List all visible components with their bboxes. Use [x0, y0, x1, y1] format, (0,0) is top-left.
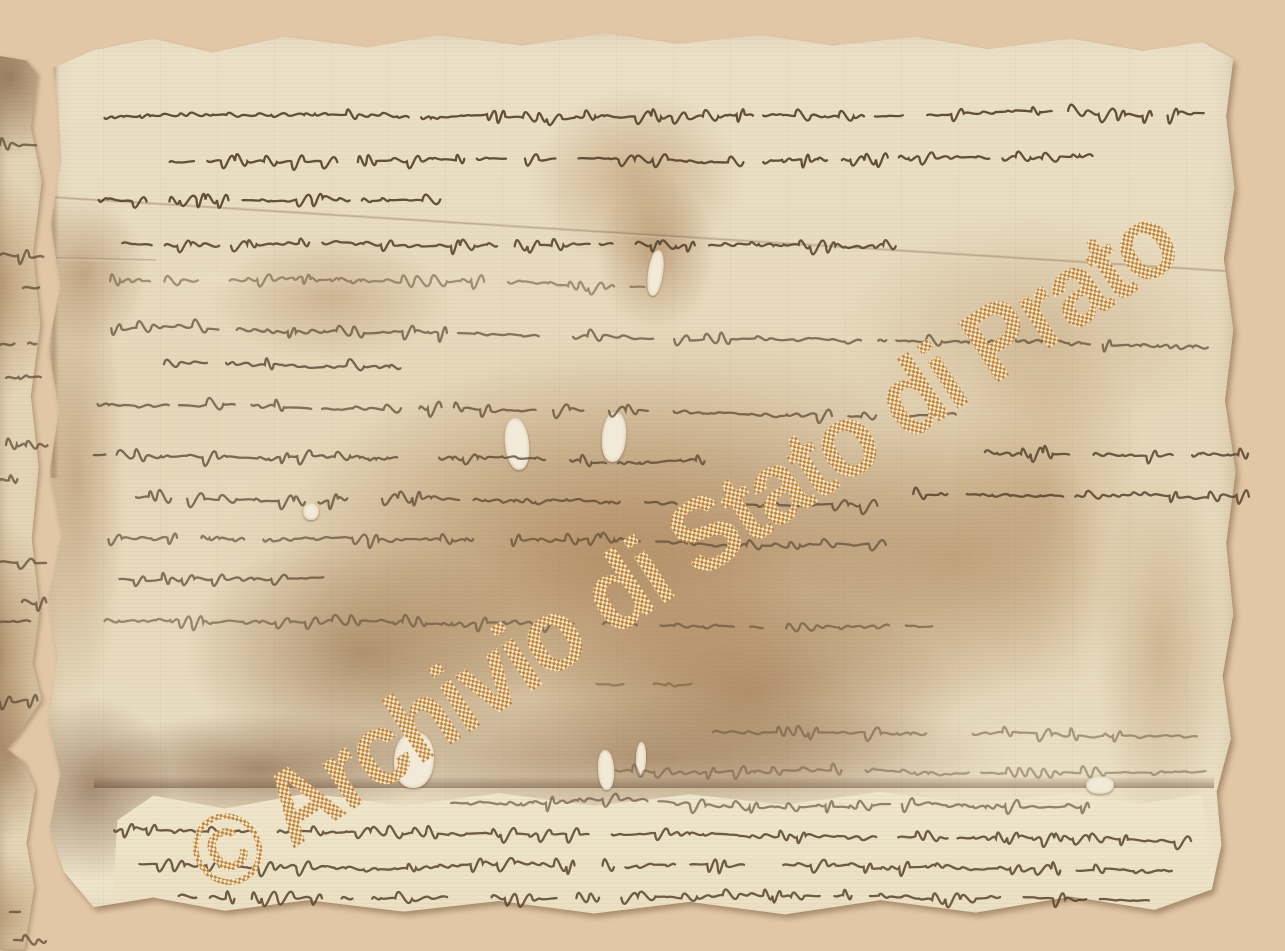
vertical-fold-stain — [48, 58, 59, 478]
adjacent-page-edge — [0, 56, 44, 950]
paper-hole — [1086, 776, 1114, 794]
adjacent-page-wrap — [0, 56, 44, 950]
scanned-manuscript: © Archivio di Stato di Prato — [0, 0, 1285, 951]
paper-hole — [303, 503, 319, 520]
